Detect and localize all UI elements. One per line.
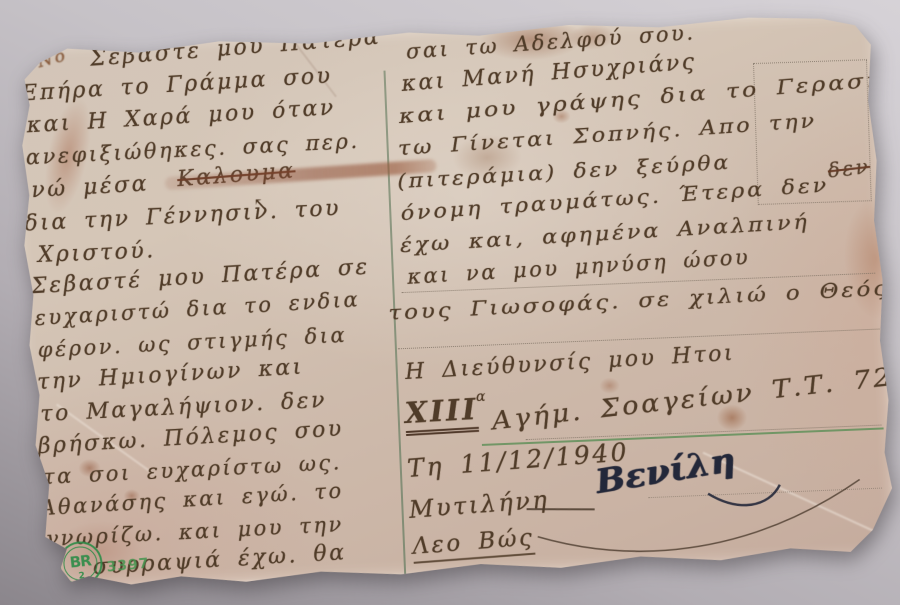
handwriting-line: δια την Γέννησιν. του xyxy=(24,196,342,237)
postcard-wrapper: Νο Σεβαστέ μου Πάτερα Επήρα το Γράμμα σο… xyxy=(9,10,897,591)
unit-superscript: α xyxy=(476,389,489,405)
handwriting-line: Σεβαστέ μου Πάτερα xyxy=(89,25,382,72)
struck-word: δεν xyxy=(826,154,871,183)
handwriting-line: την Ημιογίνων και xyxy=(36,355,304,396)
address-heading: Η Διεύθυνσίς μου Ητοι xyxy=(404,341,735,385)
address-ruled-line xyxy=(526,425,882,441)
unit-roman-numeral: XIII xyxy=(404,392,479,436)
postcard: Νο Σεβαστέ μου Πάτερα Επήρα το Γράμμα σο… xyxy=(9,10,897,591)
printer-logo-figure: 2 xyxy=(78,572,85,582)
pen-flourish xyxy=(407,450,892,590)
handwriting-line: Χριστού. xyxy=(37,238,156,268)
corner-note: Νο xyxy=(35,45,69,72)
handwriting-line: νώ μέσα xyxy=(31,171,150,203)
photo-background: Νο Σεβαστέ μου Πάτερα Επήρα το Γράμμα σο… xyxy=(0,0,900,605)
